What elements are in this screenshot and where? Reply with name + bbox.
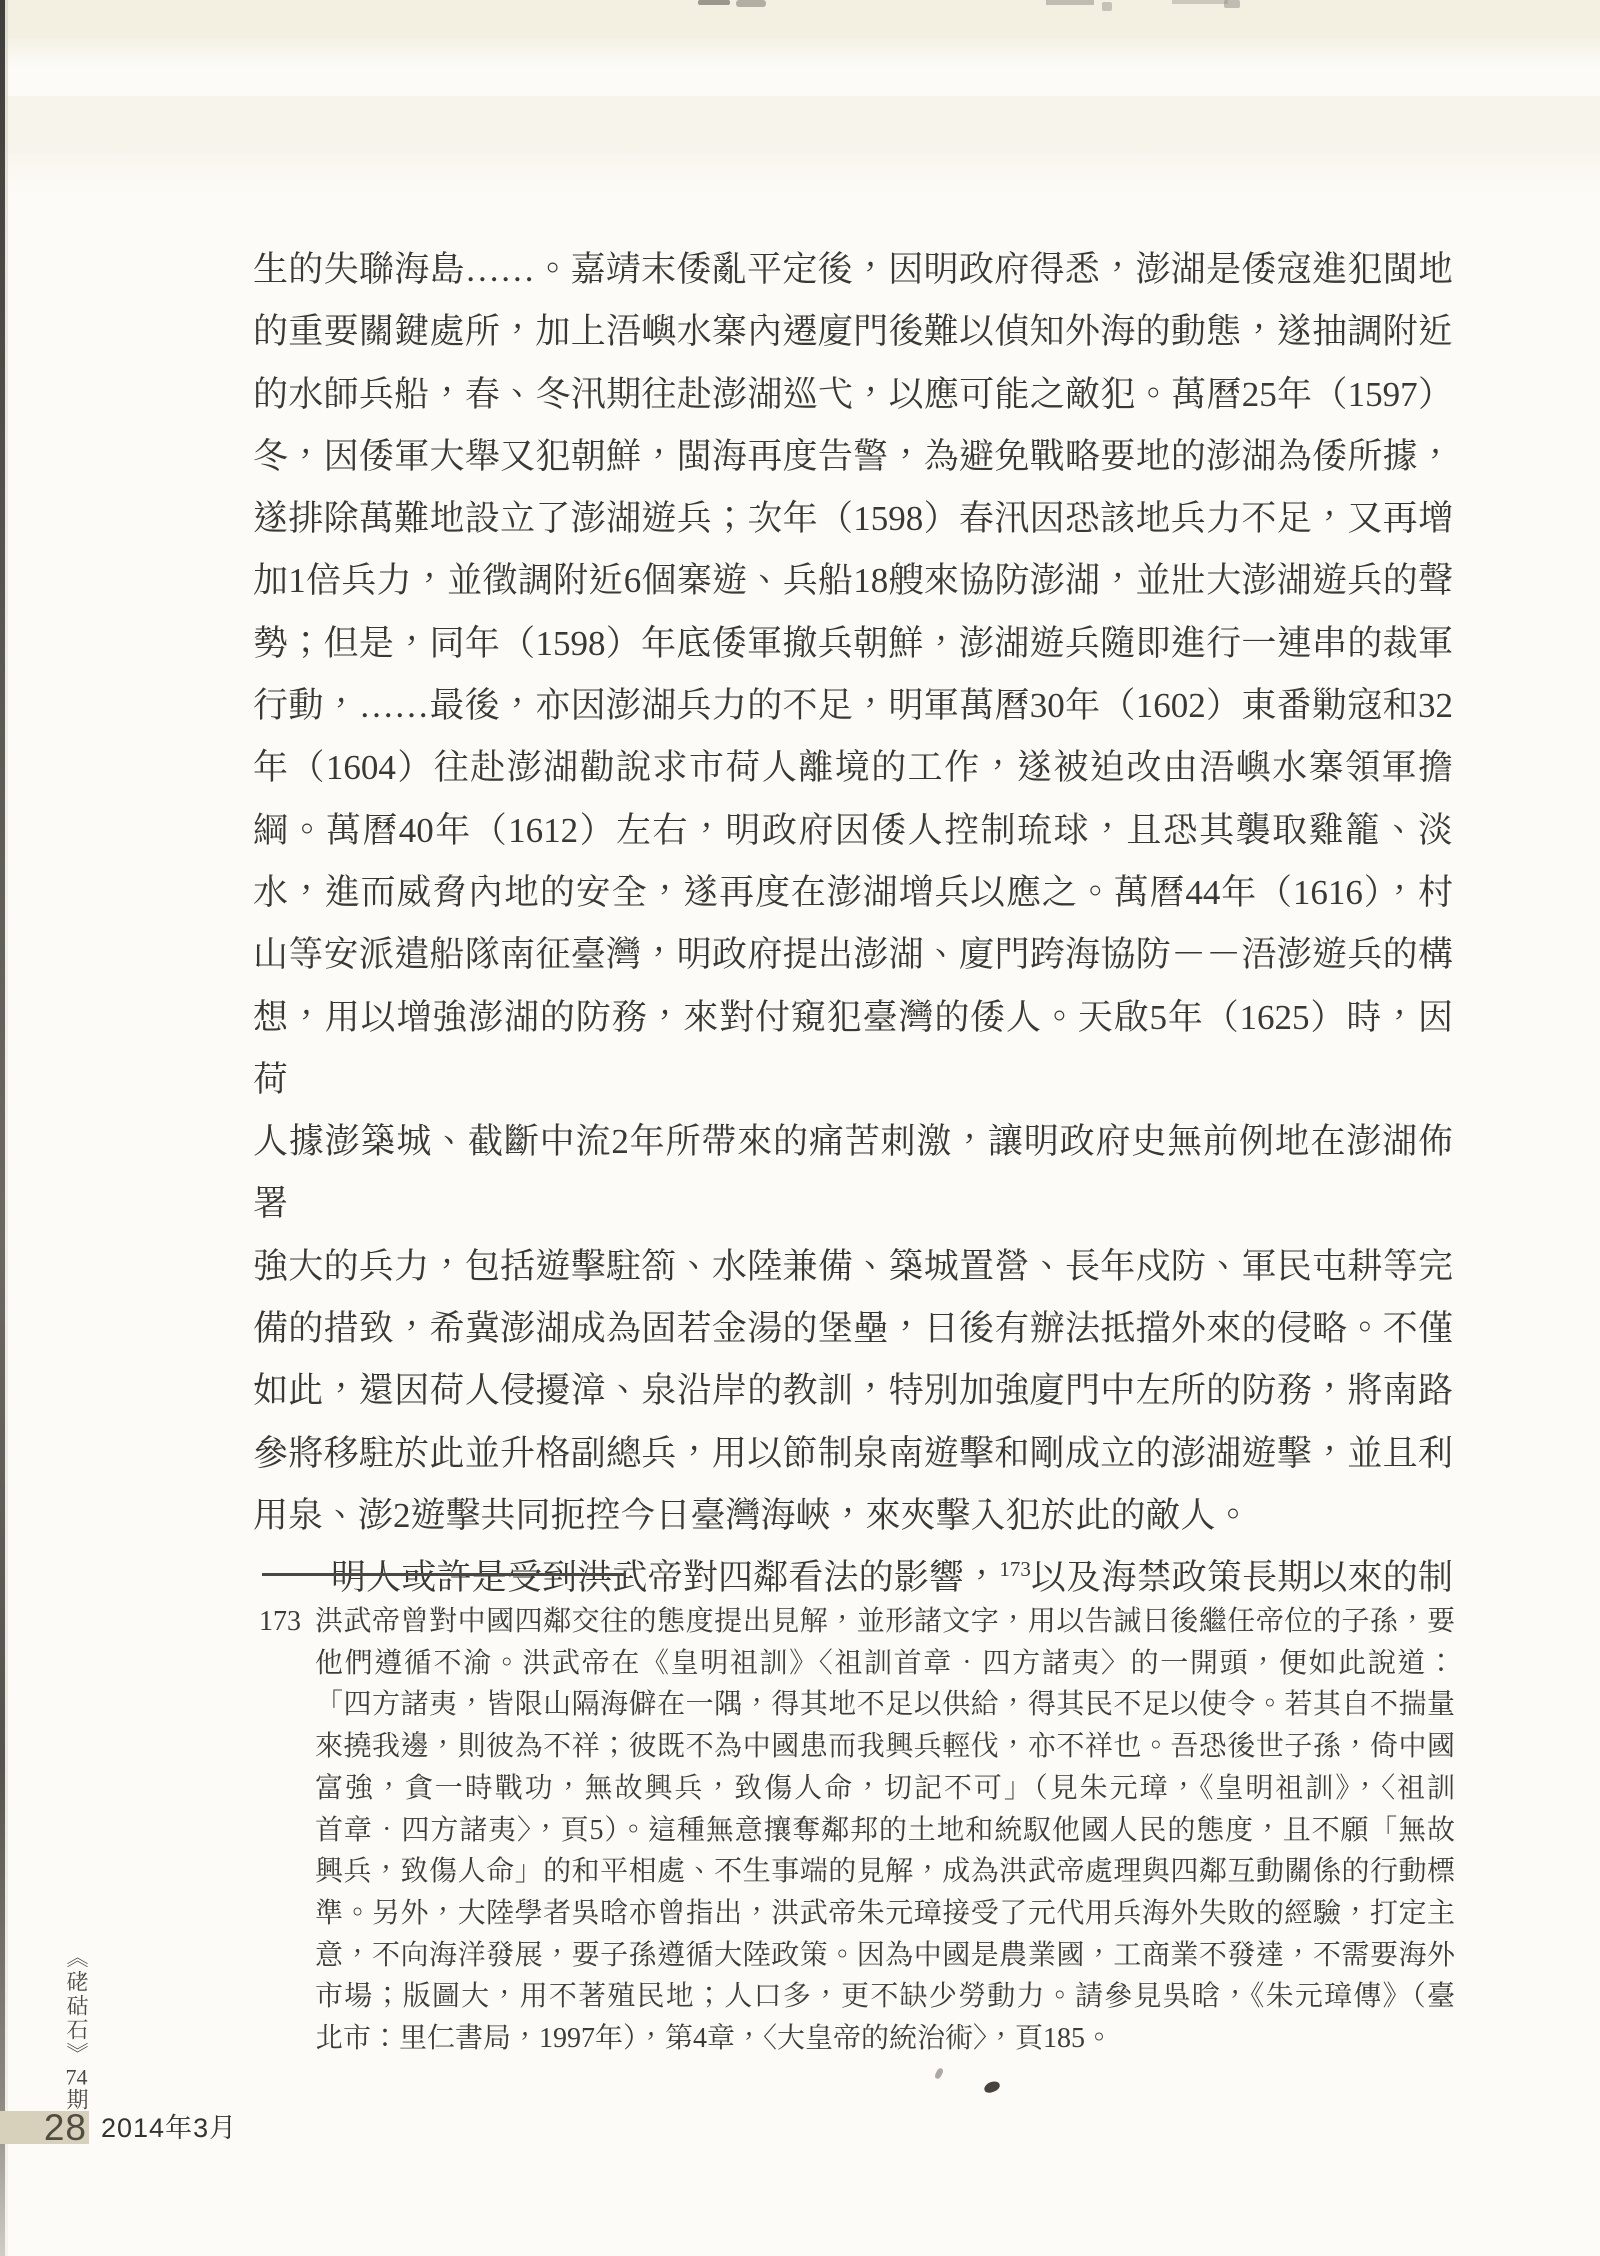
- body-text-segment: 以及海禁政策長期以來的制: [1031, 1558, 1453, 1597]
- footnote-block: 洪武帝曾對中國四鄰交往的態度提出見解，並形諸文字，用以告誡日後繼任帝位的子孫，要…: [315, 1601, 1455, 2060]
- scan-speck: [1172, 0, 1228, 4]
- scan-speck: [698, 0, 730, 5]
- footnote-line: 準。另外，大陸學者吳晗亦曾指出，洪武帝朱元璋接受了元代用兵海外失敗的經驗，打定主: [315, 1893, 1455, 1935]
- body-line: 的水師兵船，春、冬汛期往赴澎湖巡弋，以應可能之敵犯。萬曆25年（1597）: [253, 364, 1453, 426]
- journal-title: 《硓𥑮石》: [64, 1946, 89, 2066]
- ink-blot: [983, 2080, 1001, 2094]
- body-line: 水，進而威脅內地的安全，遂再度在澎湖增兵以應之。萬曆44年（1616），村: [253, 862, 1453, 924]
- scan-speck: [736, 0, 766, 7]
- footnote-number: 173: [259, 1601, 301, 1643]
- footnote-line: 首章．四方諸夷〉，頁5）。這種無意攘奪鄰邦的土地和統馭他國人民的態度，且不願「無…: [315, 1810, 1455, 1852]
- scan-band-artifact: [0, 0, 1600, 38]
- body-line: 年（1604）往赴澎湖勸說求市荷人離境的工作，遂被迫改由浯嶼水寨領軍擔: [253, 737, 1453, 799]
- body-line: 勢；但是，同年（1598）年底倭軍撤兵朝鮮，澎湖遊兵隨即進行一連串的裁軍: [253, 613, 1453, 675]
- page-number-box: 28: [0, 2111, 89, 2144]
- scan-band-artifact: [0, 38, 1600, 68]
- main-text-block: 生的失聯海島……。嘉靖末倭亂平定後，因明政府得悉，澎湖是倭寇進犯閩地 的重要關鍵…: [253, 239, 1453, 1610]
- body-line-paragraph-end: 用泉、澎2遊擊共同扼控今日臺灣海峽，來夾擊入犯於此的敵人。: [253, 1485, 1453, 1547]
- body-line: 備的措致，希冀澎湖成為固若金湯的堡壘，日後有辦法抵擋外來的侵略。不僅: [253, 1298, 1453, 1360]
- scan-speck: [1102, 2, 1112, 11]
- scan-edge-shadow: [5, 0, 8, 2256]
- footnote-line: 來撓我邊，則彼為不祥；彼既不為中國患而我興兵輕伐，亦不祥也。吾恐後世子孫，倚中國: [315, 1726, 1455, 1768]
- footnote-line: 意，不向海洋發展，要子孫遵循大陸政策。因為中國是農業國，工商業不發達，不需要海外: [315, 1935, 1455, 1977]
- body-line: 如此，還因荷人侵擾漳、泉沿岸的教訓，特別加強廈門中左所的防務，將南路: [253, 1360, 1453, 1422]
- body-line: 生的失聯海島……。嘉靖末倭亂平定後，因明政府得悉，澎湖是倭寇進犯閩地: [253, 239, 1453, 301]
- body-line: 人據澎築城、截斷中流2年所帶來的痛苦刺激，讓明政府史無前例地在澎湖佈署: [253, 1111, 1453, 1236]
- journal-issue-number: 74: [64, 2066, 89, 2088]
- scan-band-artifact: [0, 96, 1600, 154]
- scan-band-artifact: [0, 154, 1600, 194]
- scan-speck: [1046, 0, 1094, 5]
- footnote-line: 興兵，致傷人命」的和平相處、不生事端的見解，成為洪武帝處理與四鄰互動關係的行動標: [315, 1851, 1455, 1893]
- body-line: 山等安派遣船隊南征臺灣，明政府提出澎湖、廈門跨海協防－－浯澎遊兵的構: [253, 924, 1453, 986]
- body-line: 綱。萬曆40年（1612）左右，明政府因倭人控制琉球，且恐其襲取雞籠、淡: [253, 800, 1453, 862]
- scanned-journal-page: 生的失聯海島……。嘉靖末倭亂平定後，因明政府得悉，澎湖是倭寇進犯閩地 的重要關鍵…: [0, 0, 1600, 2256]
- ink-blot: [934, 2067, 944, 2080]
- body-line: 行動，……最後，亦因澎湖兵力的不足，明軍萬曆30年（1602）東番勦寇和32: [253, 675, 1453, 737]
- body-line: 遂排除萬難地設立了澎湖遊兵；次年（1598）春汛因恐該地兵力不足，又再增: [253, 488, 1453, 550]
- body-line: 的重要關鍵處所，加上浯嶼水寨內遷廈門後難以偵知外海的動態，遂抽調附近: [253, 301, 1453, 363]
- body-line: 參將移駐於此並升格副總兵，用以節制泉南遊擊和剛成立的澎湖遊擊，並且利: [253, 1423, 1453, 1485]
- scan-speck: [1224, 0, 1240, 8]
- footnote-reference-number: 173: [999, 1557, 1031, 1581]
- body-line: 加1倍兵力，並徵調附近6個寨遊、兵船18艘來協防澎湖，並壯大澎湖遊兵的聲: [253, 550, 1453, 612]
- body-line: 強大的兵力，包括遊擊駐箚、水陸兼備、築城置營、長年戍防、軍民屯耕等完: [253, 1236, 1453, 1298]
- footnote-line: 他們遵循不渝。洪武帝在《皇明祖訓》〈祖訓首章．四方諸夷〉的一開頭，便如此說道：: [315, 1643, 1455, 1685]
- issue-date: 2014年3月: [101, 2112, 237, 2144]
- footnote-line: 「四方諸夷，皆限山隔海僻在一隅，得其地不足以供給，得其民不足以使令。若其自不揣量: [315, 1684, 1455, 1726]
- page-number: 28: [44, 2111, 87, 2144]
- footnote-line: 市場；版圖大，用不著殖民地；人口多，更不缺少勞動力。請參見吳晗，《朱元璋傳》（臺: [315, 1976, 1455, 2018]
- body-line: 想，用以增強澎湖的防務，來對付窺犯臺灣的倭人。天啟5年（1625）時，因荷: [253, 987, 1453, 1112]
- footnote-line: 北市：里仁書局，1997年），第4章，〈大皇帝的統治術〉，頁185。: [315, 2018, 1455, 2060]
- body-text-segment: 明人或許是受到洪武帝對四鄰看法的影響，: [331, 1558, 999, 1597]
- footnote-line: 洪武帝曾對中國四鄰交往的態度提出見解，並形諸文字，用以告誡日後繼任帝位的子孫，要: [315, 1601, 1455, 1643]
- footnote-separator-rule: [262, 1573, 626, 1576]
- body-line: 冬，因倭軍大舉又犯朝鮮，閩海再度告警，為避免戰略要地的澎湖為倭所據，: [253, 426, 1453, 488]
- journal-title-vertical: 《硓𥑮石》74期: [61, 1946, 91, 2112]
- footnote-line: 富強，貪一時戰功，無故興兵，致傷人命，切記不可」（見朱元璋，《皇明祖訓》，〈祖訓: [315, 1768, 1455, 1810]
